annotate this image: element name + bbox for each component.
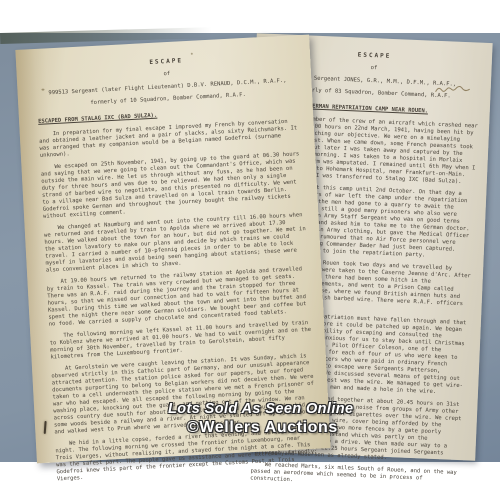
watermark-wellers-auctions-text: ©Wellers Auctions — [187, 419, 338, 437]
watermark-lots-sold-text: Lots Sold As Seen Online — [168, 401, 354, 417]
report-paragraph: We escaped on 25th November, 1941, by go… — [40, 151, 305, 221]
escape-report-page-renaud: ESCAPE of 999513 Sergeant (later Flight … — [15, 35, 330, 464]
report-paragraph: We changed at Naumburg and went out into… — [44, 212, 308, 275]
paper-speck — [191, 53, 193, 55]
handwritten-annotation — [434, 85, 470, 97]
auction-photo-canvas: ESCAPE of 745340 Sergeant JONES, G.R., M… — [0, 0, 500, 500]
staple-mark — [44, 421, 47, 434]
report-paragraph: At 19.00 hours we returned to the railwa… — [46, 266, 310, 329]
